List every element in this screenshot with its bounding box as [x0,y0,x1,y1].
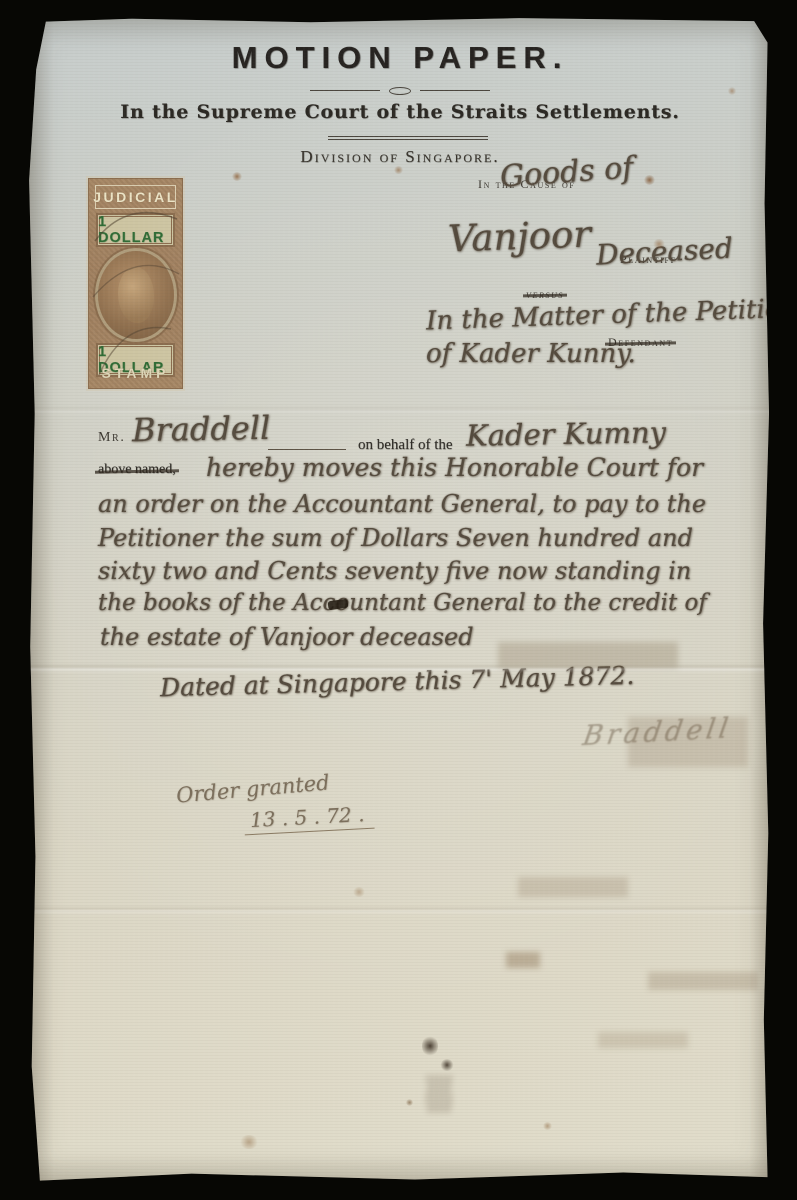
queen-victoria-portrait [98,251,174,339]
handwritten-counsel-name: Braddell [132,409,271,449]
handwritten-line-3: Petitioner the sum of Dollars Seven hund… [98,524,693,552]
stain [394,166,403,174]
printed-mr: Mr. [98,430,125,446]
handwritten-line-6: the estate of Vanjoor deceased [100,623,474,651]
document-paper: MOTION PAPER. In the Supreme Court of th… [28,17,772,1183]
ornament-divider [310,87,490,95]
stain [240,1135,258,1149]
stamp-judicial-label: JUDICIAL [95,185,176,209]
judicial-revenue-stamp: JUDICIAL 1 DOLLAR 1 DOLLAR STAMP [88,178,183,389]
stain [543,1122,552,1130]
handwritten-dash [268,449,346,450]
ghost-smudge [648,972,758,990]
ink-blot [422,1035,438,1057]
stain [406,1099,413,1106]
handwritten-dated-line: Dated at Singapore this 7' May 1872. [160,661,635,702]
counsel-signature: Braddell [581,713,734,752]
ghost-smudge [506,952,540,968]
printed-versus-struck: versus [526,287,564,302]
ink-smudge [426,1075,452,1113]
handwritten-party-name: Vanjoor [447,213,591,261]
handwritten-line-2: an order on the Accountant General, to p… [98,490,706,518]
printed-above-named-struck: above named, [98,462,176,478]
double-rule-divider [328,136,488,140]
handwritten-line-5: the books of the Accountant General to t… [98,590,707,616]
stain [644,175,655,185]
handwritten-matter-line-1: In the Matter of the Petition [426,294,797,337]
ghost-smudge [518,877,628,897]
handwritten-matter-line-2: of Kader Kunny. [426,339,636,369]
handwritten-line-1: hereby moves this Honorable Court for [206,453,703,482]
handwritten-client-name: Kader Kumny [466,415,667,452]
ghost-smudge [598,1032,688,1048]
stain [353,887,365,897]
court-name-line: In the Supreme Court of the Straits Sett… [28,101,772,123]
order-granted-note: Order granted [175,770,330,807]
handwritten-line-4: sixty two and Cents seventy five now sta… [98,557,691,585]
ink-blot [440,1059,454,1071]
division-line: Division of Singapore. [28,147,772,167]
stamp-value-top: 1 DOLLAR [96,213,175,247]
stain [232,172,242,181]
order-granted-date: 13 . 5 . 72 . [243,802,375,836]
printed-on-behalf-of: on behalf of the [358,437,453,454]
document-title: MOTION PAPER. [28,40,772,76]
fold-crease [28,905,772,915]
stain [728,87,736,95]
handwritten-deceased: Deceased [595,231,733,271]
stamp-stamp-label: STAMP [95,361,176,385]
